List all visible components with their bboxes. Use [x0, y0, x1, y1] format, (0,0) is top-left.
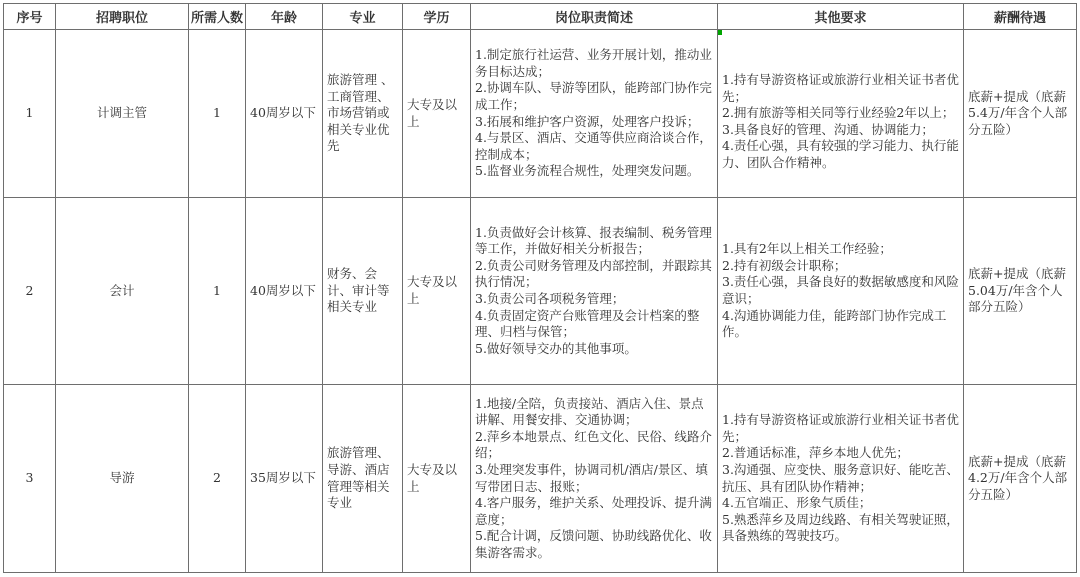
cell-salary: 底薪+提成（底薪5.04万/年含个人部分五险）	[964, 198, 1077, 385]
cell-age: 40周岁以下	[246, 30, 323, 198]
header-requirements: 其他要求	[718, 4, 964, 30]
cell-age: 40周岁以下	[246, 198, 323, 385]
cell-education: 大专及以上	[403, 198, 471, 385]
cell-duties: 1.制定旅行社运营、业务开展计划，推动业务目标达成； 2.协调车队、导游等团队，…	[471, 30, 718, 198]
table-row: 2 会计 1 40周岁以下 财务、会计、审计等相关专业 大专及以上 1.负责做好…	[4, 198, 1077, 385]
cell-headcount: 1	[189, 30, 246, 198]
cell-duties: 1.地接/全陪，负责接站、酒店入住、景点讲解、用餐安排、交通协调； 2.萍乡本地…	[471, 385, 718, 573]
cell-requirements-text: 1.持有导游资格证或旅游行业相关证书者优先； 2.拥有旅游等相关同等行业经验2年…	[722, 72, 959, 170]
cell-salary: 底薪+提成（底薪4.2万/年含个人部分五险）	[964, 385, 1077, 573]
header-age: 年龄	[246, 4, 323, 30]
cell-headcount: 1	[189, 198, 246, 385]
cell-requirements: 1.具有2年以上相关工作经验； 2.持有初级会计职称； 3.责任心强，具备良好的…	[718, 198, 964, 385]
cell-no: 3	[4, 385, 56, 573]
header-salary: 薪酬待遇	[964, 4, 1077, 30]
cell-major: 旅游管理 、工商管理、市场营销或相关专业优先	[323, 30, 403, 198]
cell-comment-marker-icon	[718, 30, 722, 35]
header-headcount: 所需人数	[189, 4, 246, 30]
cell-major: 财务、会计、审计等相关专业	[323, 198, 403, 385]
cell-major: 旅游管理、导游、酒店管理等相关专业	[323, 385, 403, 573]
header-position: 招聘职位	[56, 4, 189, 30]
header-row: 序号 招聘职位 所需人数 年龄 专业 学历 岗位职责简述 其他要求 薪酬待遇	[4, 4, 1077, 30]
cell-education: 大专及以上	[403, 385, 471, 573]
header-major: 专业	[323, 4, 403, 30]
cell-no: 1	[4, 30, 56, 198]
recruitment-sheet: 序号 招聘职位 所需人数 年龄 专业 学历 岗位职责简述 其他要求 薪酬待遇 1…	[3, 3, 1077, 573]
table-row: 1 计调主管 1 40周岁以下 旅游管理 、工商管理、市场营销或相关专业优先 大…	[4, 30, 1077, 198]
table-row: 3 导游 2 35周岁以下 旅游管理、导游、酒店管理等相关专业 大专及以上 1.…	[4, 385, 1077, 573]
cell-no: 2	[4, 198, 56, 385]
header-no: 序号	[4, 4, 56, 30]
header-education: 学历	[403, 4, 471, 30]
cell-age: 35周岁以下	[246, 385, 323, 573]
cell-requirements: 1.持有导游资格证或旅游行业相关证书者优先； 2.普通话标准，萍乡本地人优先； …	[718, 385, 964, 573]
cell-position: 会计	[56, 198, 189, 385]
cell-position: 导游	[56, 385, 189, 573]
cell-duties: 1.负责做好会计核算、报表编制、税务管理等工作，并做好相关分析报告； 2.负责公…	[471, 198, 718, 385]
header-duties: 岗位职责简述	[471, 4, 718, 30]
cell-requirements: 1.持有导游资格证或旅游行业相关证书者优先； 2.拥有旅游等相关同等行业经验2年…	[718, 30, 964, 198]
cell-headcount: 2	[189, 385, 246, 573]
cell-education: 大专及以上	[403, 30, 471, 198]
recruitment-table: 序号 招聘职位 所需人数 年龄 专业 学历 岗位职责简述 其他要求 薪酬待遇 1…	[3, 3, 1077, 573]
cell-salary: 底薪+提成（底薪5.4万/年含个人部分五险）	[964, 30, 1077, 198]
cell-position: 计调主管	[56, 30, 189, 198]
